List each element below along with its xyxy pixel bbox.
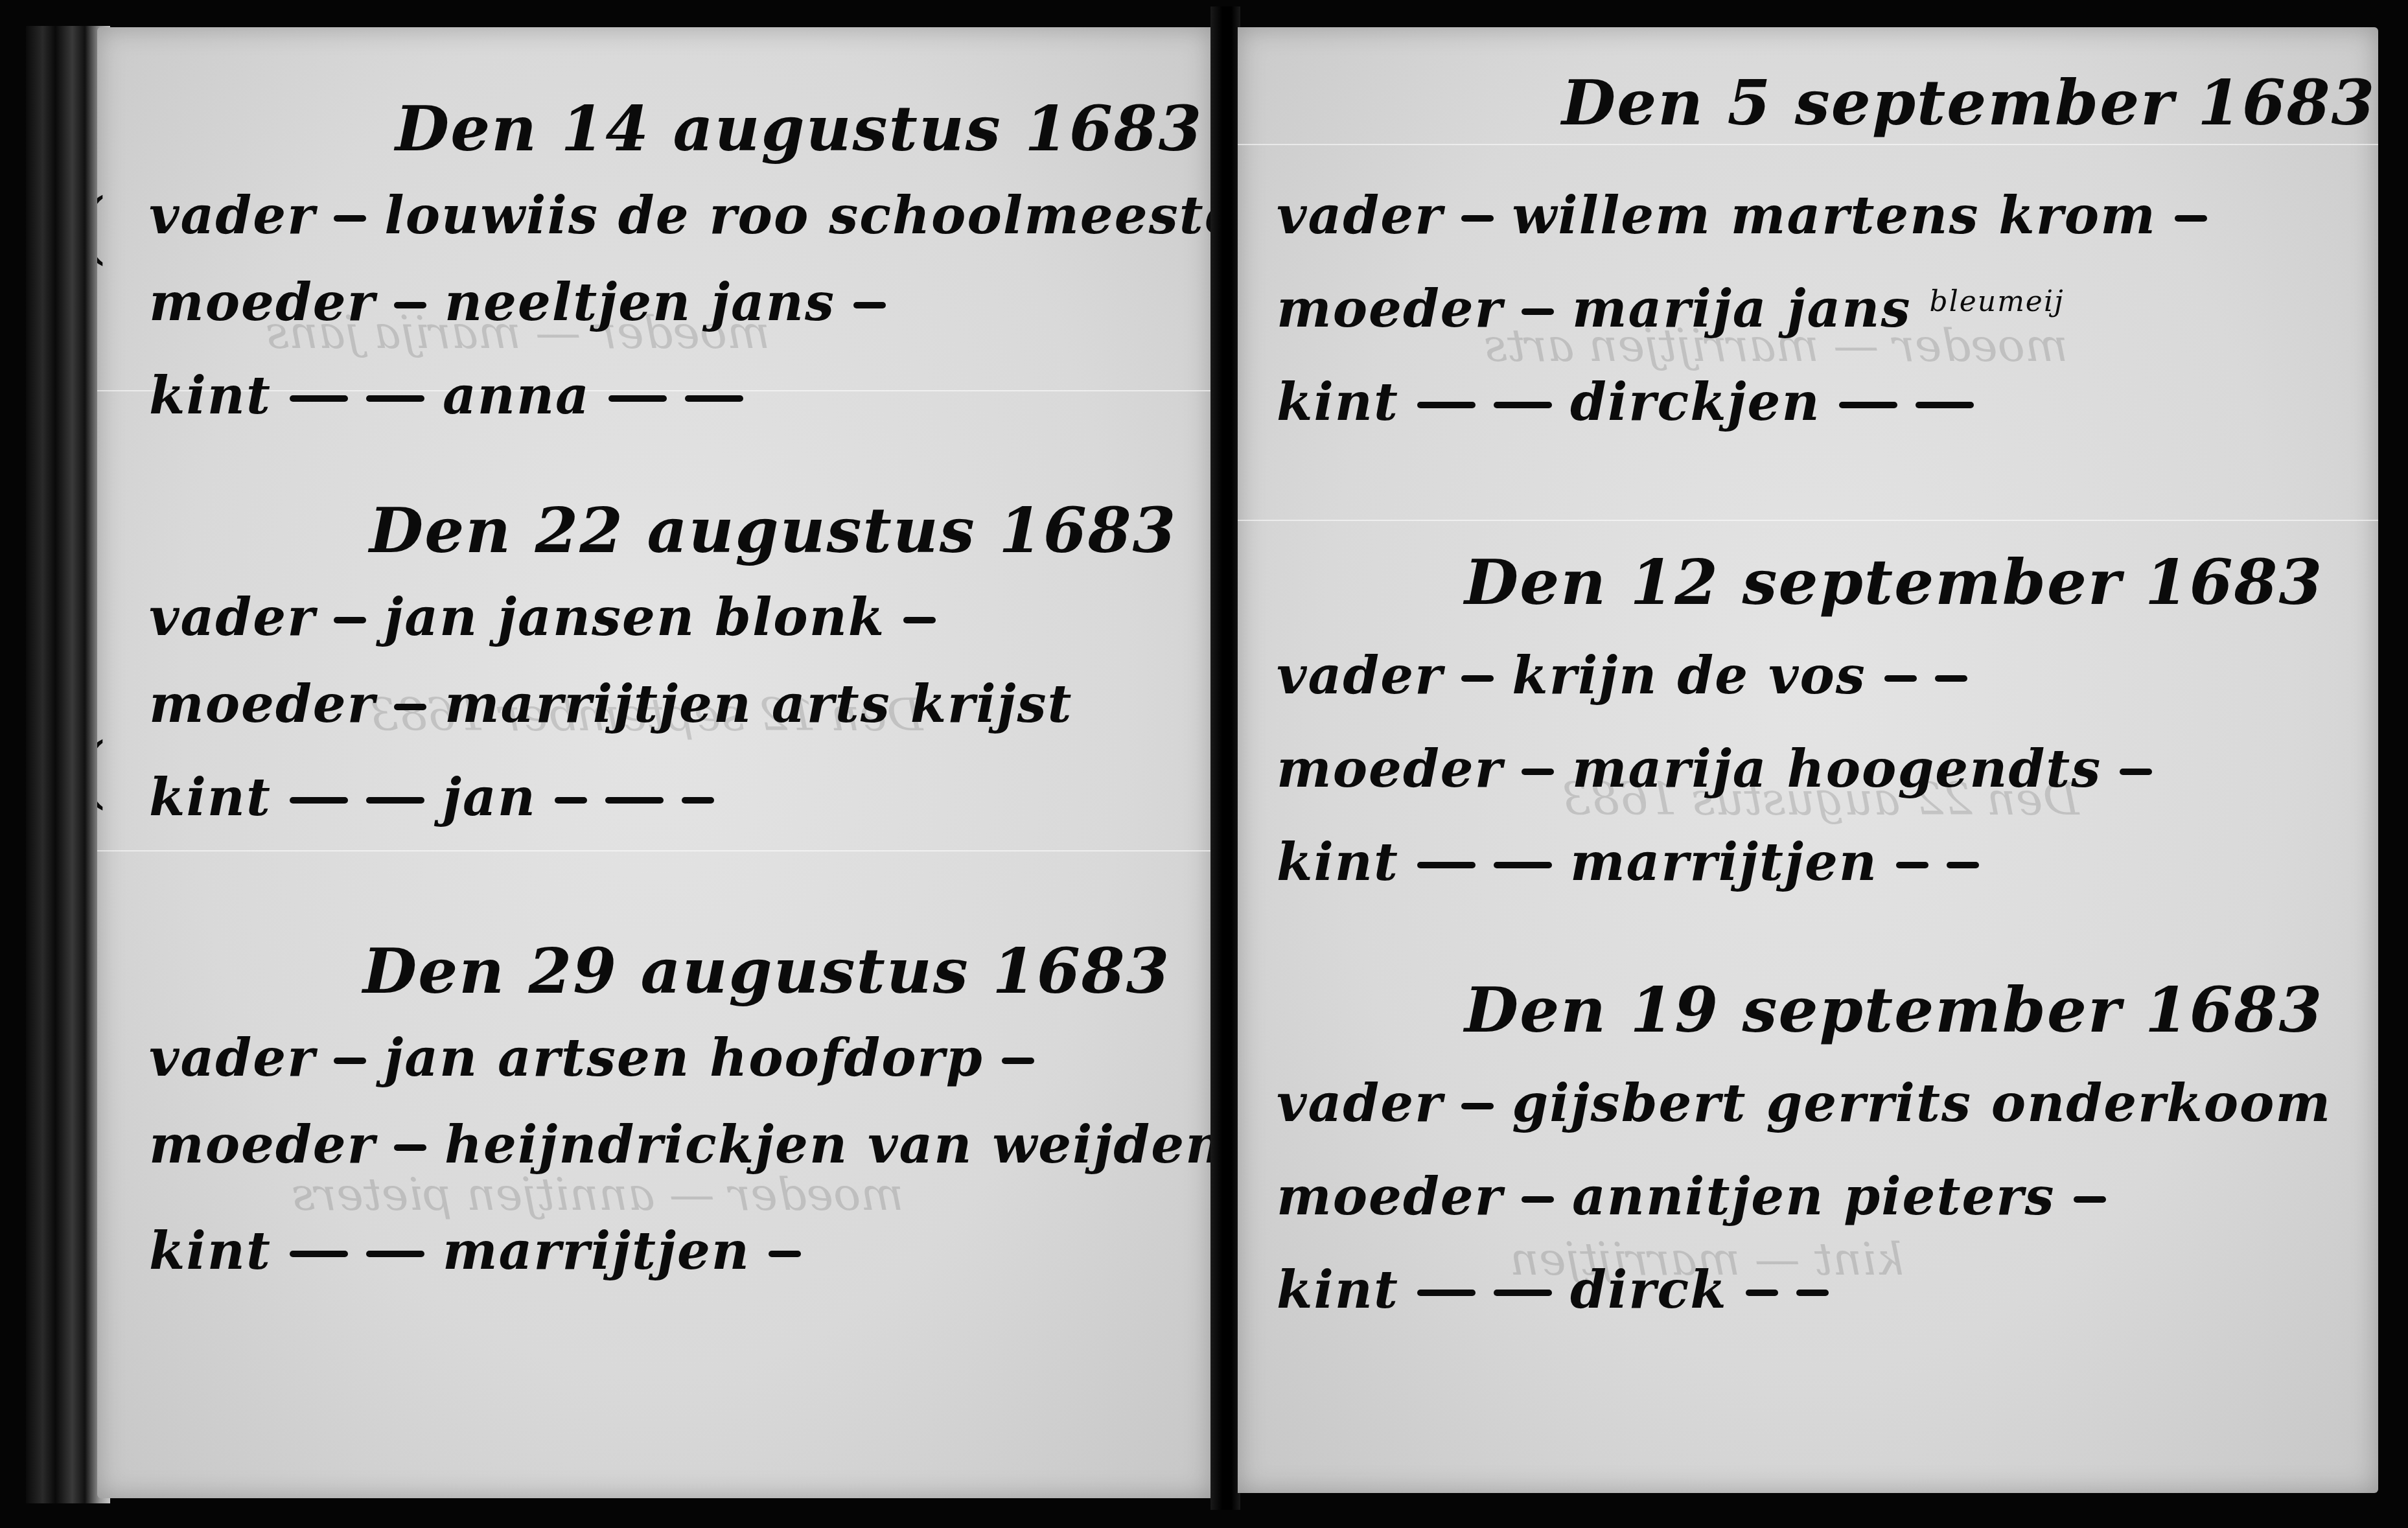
baptism-entry: Den 22 augustus 1683 vader jan jansen bl… bbox=[149, 494, 1177, 828]
child-name: anna bbox=[443, 365, 590, 426]
father-label: vader bbox=[1277, 185, 1443, 246]
dash bbox=[366, 797, 424, 804]
mother-row: moeder marija jans bleumeij bbox=[1277, 278, 2378, 339]
dash bbox=[853, 302, 886, 308]
dash bbox=[366, 395, 424, 402]
entry-date: Den 22 augustus 1683 bbox=[149, 494, 1177, 567]
baptism-entry: Den 14 augustus 1683 vader louwiis de ro… bbox=[149, 92, 1212, 426]
dash bbox=[1796, 1290, 1829, 1296]
dash bbox=[290, 1251, 348, 1257]
baptism-entry: Den 19 september 1683 vader gijsbert ger… bbox=[1277, 973, 2332, 1320]
dash bbox=[685, 395, 743, 402]
child-row: kint jan bbox=[149, 767, 1177, 828]
father-name: jan jansen blonk bbox=[384, 586, 885, 647]
dash bbox=[1417, 862, 1476, 868]
child-row: kint dirck bbox=[1277, 1259, 2332, 1320]
child-row: kint anna bbox=[149, 365, 1212, 426]
baptism-entry: Den 29 augustus 1683 vader jan artsen ho… bbox=[149, 934, 1212, 1281]
mother-annotation: bleumeij bbox=[1930, 285, 2065, 318]
dash bbox=[1522, 1196, 1554, 1203]
child-row: kint dirckjen bbox=[1277, 371, 2378, 432]
dash bbox=[1417, 1290, 1476, 1296]
dash bbox=[1522, 769, 1554, 775]
child-label: kint bbox=[1277, 831, 1399, 892]
child-name: dirck bbox=[1570, 1259, 1728, 1320]
child-label: kint bbox=[149, 1220, 272, 1281]
mother-label: moeder bbox=[1277, 278, 1503, 339]
child-name: marrijtjen bbox=[443, 1220, 750, 1281]
baptism-entry: Den 12 september 1683 vader krijn de vos… bbox=[1277, 546, 2323, 892]
child-label: kint bbox=[1277, 1259, 1399, 1320]
mother-label: moeder bbox=[1277, 738, 1503, 799]
father-row: vader gijsbert gerrits onderkoom bbox=[1277, 1072, 2332, 1133]
dash bbox=[394, 302, 426, 308]
margin-bracket: ( bbox=[97, 727, 108, 817]
dash bbox=[1494, 402, 1552, 408]
mother-row: moeder heijndrickjen van weijden bbox=[149, 1114, 1212, 1175]
mother-label: moeder bbox=[1277, 1166, 1503, 1227]
dash bbox=[1002, 1058, 1034, 1064]
mother-label: moeder bbox=[149, 1114, 376, 1175]
dash bbox=[608, 395, 667, 402]
mother-name: marija hoogendts bbox=[1572, 738, 2101, 799]
child-label: kint bbox=[1277, 371, 1399, 432]
dash bbox=[1461, 675, 1494, 682]
dash bbox=[555, 797, 587, 804]
mother-label: moeder bbox=[149, 673, 376, 734]
dash bbox=[1839, 402, 1897, 408]
entry-date-row: Den 5 september 1683 folio 109 bbox=[1277, 66, 2378, 139]
mother-row: moeder annitjen pieters bbox=[1277, 1166, 2332, 1227]
dash bbox=[1522, 308, 1554, 315]
dash bbox=[394, 704, 426, 710]
dash bbox=[334, 215, 366, 222]
dash bbox=[2074, 1196, 2106, 1203]
dash bbox=[605, 797, 664, 804]
child-label: kint bbox=[149, 365, 272, 426]
mother-row: moeder neeltjen jans bbox=[149, 272, 1212, 332]
dash bbox=[1494, 1290, 1552, 1296]
father-label: vader bbox=[149, 185, 316, 246]
father-name: willem martens krom bbox=[1512, 185, 2157, 246]
entry-date: Den 5 september 1683 bbox=[1562, 66, 2376, 139]
ruled-line bbox=[1238, 520, 2378, 521]
father-row: vader jan artsen hoofdorp bbox=[149, 1027, 1212, 1088]
mother-name: neeltjen jans bbox=[445, 272, 835, 332]
right-page: moeder — marrijtjen arts Den 22 augustus… bbox=[1238, 27, 2378, 1493]
dash bbox=[366, 1251, 424, 1257]
mother-row: moeder marija hoogendts bbox=[1277, 738, 2323, 799]
dash bbox=[1947, 862, 1979, 868]
ruled-line bbox=[97, 850, 1212, 851]
father-label: vader bbox=[1277, 1072, 1443, 1133]
child-name: dirckjen bbox=[1570, 371, 1821, 432]
dash bbox=[1417, 402, 1476, 408]
dash bbox=[769, 1251, 801, 1257]
dash bbox=[1746, 1290, 1778, 1296]
father-name: louwiis de roo schoolmeester bbox=[384, 185, 1212, 246]
father-row: vader willem martens krom bbox=[1277, 185, 2378, 246]
dash bbox=[1916, 402, 1974, 408]
child-name: marrijtjen bbox=[1570, 831, 1878, 892]
entry-date: Den 19 september 1683 bbox=[1277, 973, 2332, 1047]
baptism-entry: Den 5 september 1683 folio 109 vader wil… bbox=[1277, 66, 2378, 432]
mother-name: annitjen pieters bbox=[1572, 1166, 2055, 1227]
child-row: kint marrijtjen bbox=[149, 1220, 1212, 1281]
dash bbox=[1884, 675, 1917, 682]
dash bbox=[2175, 215, 2207, 222]
dash bbox=[334, 1058, 366, 1064]
dash bbox=[1935, 675, 1967, 682]
margin-bracket: ( bbox=[97, 183, 108, 273]
father-name: jan artsen hoofdorp bbox=[384, 1027, 983, 1088]
father-label: vader bbox=[149, 586, 316, 647]
child-row: kint marrijtjen bbox=[1277, 831, 2323, 892]
left-page: moeder — marija jans Den 12 september 16… bbox=[97, 27, 1212, 1498]
entry-date: Den 14 augustus 1683 bbox=[149, 92, 1212, 165]
mother-name: marrijtjen arts krijst bbox=[445, 673, 1073, 734]
dash bbox=[394, 1144, 426, 1151]
dash bbox=[2120, 769, 2152, 775]
father-row: vader louwiis de roo schoolmeester bbox=[149, 185, 1212, 246]
dash bbox=[1494, 862, 1552, 868]
dash bbox=[1896, 862, 1928, 868]
father-label: vader bbox=[1277, 645, 1443, 706]
dash bbox=[1461, 215, 1494, 222]
dash bbox=[682, 797, 714, 804]
dash bbox=[334, 617, 366, 623]
mother-row: moeder marrijtjen arts krijst bbox=[149, 673, 1177, 734]
book-gutter bbox=[1210, 6, 1240, 1510]
child-name: jan bbox=[443, 767, 537, 828]
mother-name: heijndrickjen van weijden bbox=[445, 1114, 1212, 1175]
father-name: gijsbert gerrits onderkoom bbox=[1512, 1072, 2332, 1133]
dash bbox=[903, 617, 936, 623]
dash bbox=[290, 395, 348, 402]
father-label: vader bbox=[149, 1027, 316, 1088]
mother-label: moeder bbox=[149, 272, 376, 332]
entry-date: Den 12 september 1683 bbox=[1277, 546, 2323, 619]
dash bbox=[1461, 1103, 1494, 1109]
father-name: krijn de vos bbox=[1512, 645, 1866, 706]
dash bbox=[290, 797, 348, 804]
father-row: vader krijn de vos bbox=[1277, 645, 2323, 706]
mother-name: marija jans bbox=[1572, 278, 1912, 339]
father-row: vader jan jansen blonk bbox=[149, 586, 1177, 647]
entry-date: Den 29 augustus 1683 bbox=[149, 934, 1212, 1008]
child-label: kint bbox=[149, 767, 272, 828]
